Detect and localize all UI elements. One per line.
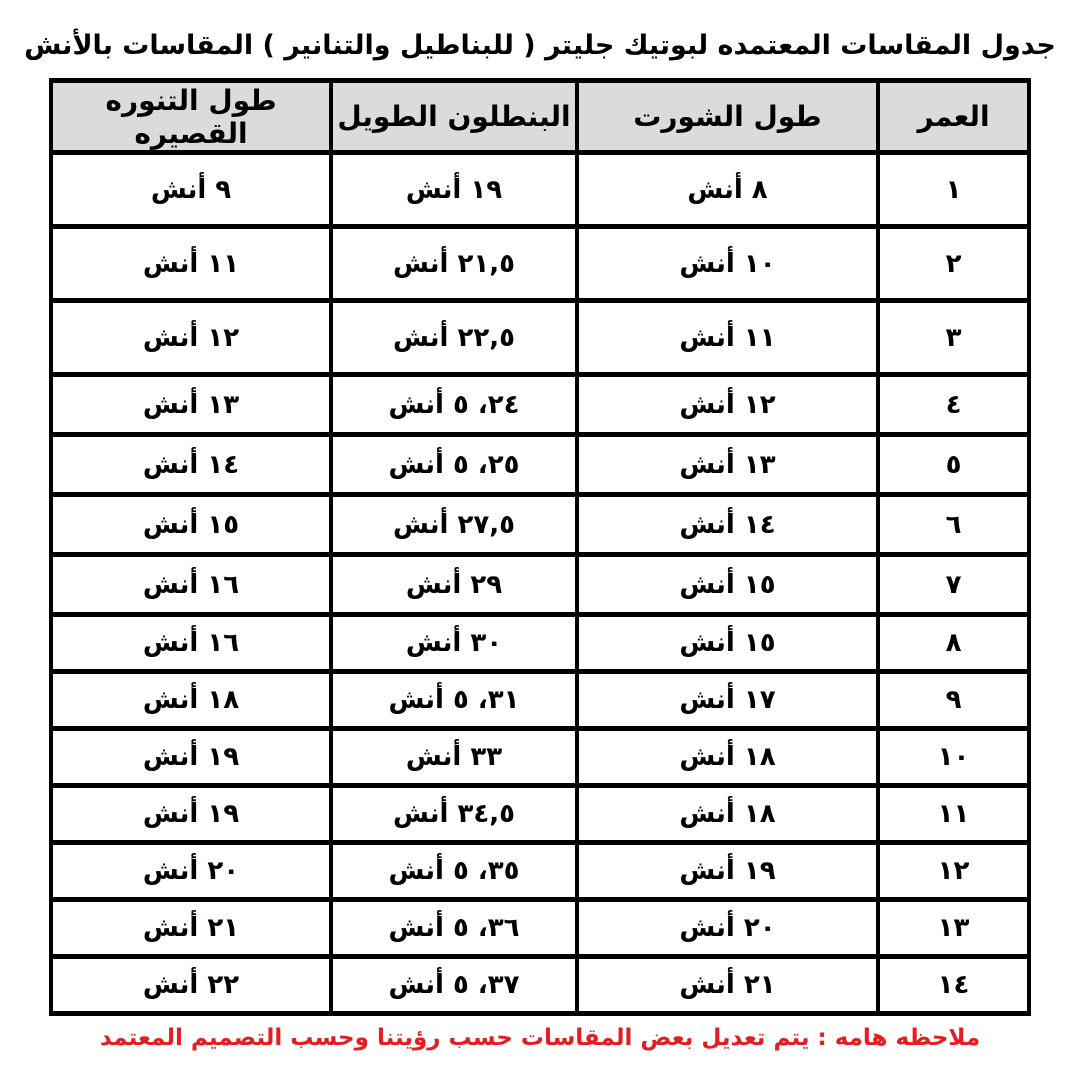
cell-skirt: ١٩ أنش bbox=[51, 786, 331, 843]
cell-shorts: ١٣ أنش bbox=[577, 435, 878, 495]
cell-shorts: ١٨ أنش bbox=[577, 729, 878, 786]
cell-shorts: ٢٠ أنش bbox=[577, 900, 878, 957]
cell-age: ١٢ bbox=[878, 843, 1029, 900]
table-row: ٧ ١٥ أنش ٢٩ أنش ١٦ أنش bbox=[51, 555, 1029, 615]
cell-skirt: ١٣ أنش bbox=[51, 375, 331, 435]
cell-shorts: ٨ أنش bbox=[577, 153, 878, 227]
table-row: ٣ ١١ أنش ٢٢,٥ أنش ١٢ أنش bbox=[51, 301, 1029, 375]
cell-pants: ٢٢,٥ أنش bbox=[331, 301, 577, 375]
size-table: العمر طول الشورت البنطلون الطويل طول الت… bbox=[49, 78, 1031, 1016]
cell-age: ٨ bbox=[878, 615, 1029, 672]
table-row: ٨ ١٥ أنش ٣٠ أنش ١٦ أنش bbox=[51, 615, 1029, 672]
table-row: ١٢ ١٩ أنش ⁦٣٥، ٥⁩ أنش ٢٠ أنش bbox=[51, 843, 1029, 900]
cell-shorts: ١٥ أنش bbox=[577, 615, 878, 672]
cell-skirt: ٩ أنش bbox=[51, 153, 331, 227]
cell-age: ١٣ bbox=[878, 900, 1029, 957]
cell-pants: ⁦٣١، ٥⁩ أنش bbox=[331, 672, 577, 729]
cell-pants: ⁦٣٦، ٥⁩ أنش bbox=[331, 900, 577, 957]
cell-shorts: ١٩ أنش bbox=[577, 843, 878, 900]
cell-pants: ٣٠ أنش bbox=[331, 615, 577, 672]
table-row: ١٤ ٢١ أنش ⁦٣٧، ٥⁩ أنش ٢٢ أنش bbox=[51, 957, 1029, 1014]
page-title: جدول المقاسات المعتمده لبوتيك جليتر ( لل… bbox=[0, 0, 1080, 64]
cell-age: ٩ bbox=[878, 672, 1029, 729]
table-row: ١٣ ٢٠ أنش ⁦٣٦، ٥⁩ أنش ٢١ أنش bbox=[51, 900, 1029, 957]
cell-skirt: ١٤ أنش bbox=[51, 435, 331, 495]
cell-age: ١١ bbox=[878, 786, 1029, 843]
cell-skirt: ١٩ أنش bbox=[51, 729, 331, 786]
table-row: ٦ ١٤ أنش ٢٧,٥ أنش ١٥ أنش bbox=[51, 495, 1029, 555]
cell-skirt: ١١ أنش bbox=[51, 227, 331, 301]
cell-pants: ⁦٣٥، ٥⁩ أنش bbox=[331, 843, 577, 900]
cell-skirt: ١٥ أنش bbox=[51, 495, 331, 555]
cell-shorts: ١٠ أنش bbox=[577, 227, 878, 301]
cell-skirt: ١٢ أنش bbox=[51, 301, 331, 375]
footer-note: ملاحظه هامه : يتم تعديل بعض المقاسات حسب… bbox=[0, 1025, 1080, 1051]
cell-age: ٧ bbox=[878, 555, 1029, 615]
cell-age: ٤ bbox=[878, 375, 1029, 435]
document-page: جدول المقاسات المعتمده لبوتيك جليتر ( لل… bbox=[0, 0, 1080, 1080]
cell-skirt: ٢٢ أنش bbox=[51, 957, 331, 1014]
cell-shorts: ١٤ أنش bbox=[577, 495, 878, 555]
cell-shorts: ١٨ أنش bbox=[577, 786, 878, 843]
cell-pants: ⁦٣٧، ٥⁩ أنش bbox=[331, 957, 577, 1014]
header-cell-age: العمر bbox=[878, 81, 1029, 153]
cell-pants: ٢٩ أنش bbox=[331, 555, 577, 615]
cell-shorts: ١٢ أنش bbox=[577, 375, 878, 435]
cell-skirt: ٢٠ أنش bbox=[51, 843, 331, 900]
cell-shorts: ١١ أنش bbox=[577, 301, 878, 375]
cell-pants: ⁦٢٤، ٥⁩ أنش bbox=[331, 375, 577, 435]
table-row: ١١ ١٨ أنش ٣٤,٥ أنش ١٩ أنش bbox=[51, 786, 1029, 843]
cell-skirt: ١٦ أنش bbox=[51, 555, 331, 615]
cell-shorts: ٢١ أنش bbox=[577, 957, 878, 1014]
cell-shorts: ١٥ أنش bbox=[577, 555, 878, 615]
cell-skirt: ٢١ أنش bbox=[51, 900, 331, 957]
header-cell-shorts-length: طول الشورت bbox=[577, 81, 878, 153]
size-table-body: ١ ٨ أنش ١٩ أنش ٩ أنش ٢ ١٠ أنش ٢١,٥ أنش ١… bbox=[51, 153, 1029, 1014]
cell-skirt: ١٦ أنش bbox=[51, 615, 331, 672]
cell-age: ٣ bbox=[878, 301, 1029, 375]
header-row: العمر طول الشورت البنطلون الطويل طول الت… bbox=[51, 81, 1029, 153]
cell-pants: ⁦٢٥، ٥⁩ أنش bbox=[331, 435, 577, 495]
cell-age: ١٤ bbox=[878, 957, 1029, 1014]
header-cell-short-skirt-length: طول التنوره القصيره bbox=[51, 81, 331, 153]
cell-age: ٥ bbox=[878, 435, 1029, 495]
cell-shorts: ١٧ أنش bbox=[577, 672, 878, 729]
cell-age: ١ bbox=[878, 153, 1029, 227]
cell-pants: ٢١,٥ أنش bbox=[331, 227, 577, 301]
cell-pants: ٣٣ أنش bbox=[331, 729, 577, 786]
table-row: ٢ ١٠ أنش ٢١,٥ أنش ١١ أنش bbox=[51, 227, 1029, 301]
cell-pants: ٣٤,٥ أنش bbox=[331, 786, 577, 843]
table-row: ١ ٨ أنش ١٩ أنش ٩ أنش bbox=[51, 153, 1029, 227]
table-row: ٩ ١٧ أنش ⁦٣١، ٥⁩ أنش ١٨ أنش bbox=[51, 672, 1029, 729]
cell-pants: ٢٧,٥ أنش bbox=[331, 495, 577, 555]
header-cell-long-pants: البنطلون الطويل bbox=[331, 81, 577, 153]
table-row: ٥ ١٣ أنش ⁦٢٥، ٥⁩ أنش ١٤ أنش bbox=[51, 435, 1029, 495]
cell-pants: ١٩ أنش bbox=[331, 153, 577, 227]
table-row: ٤ ١٢ أنش ⁦٢٤، ٥⁩ أنش ١٣ أنش bbox=[51, 375, 1029, 435]
cell-age: ٢ bbox=[878, 227, 1029, 301]
cell-age: ١٠ bbox=[878, 729, 1029, 786]
cell-age: ٦ bbox=[878, 495, 1029, 555]
cell-skirt: ١٨ أنش bbox=[51, 672, 331, 729]
table-row: ١٠ ١٨ أنش ٣٣ أنش ١٩ أنش bbox=[51, 729, 1029, 786]
